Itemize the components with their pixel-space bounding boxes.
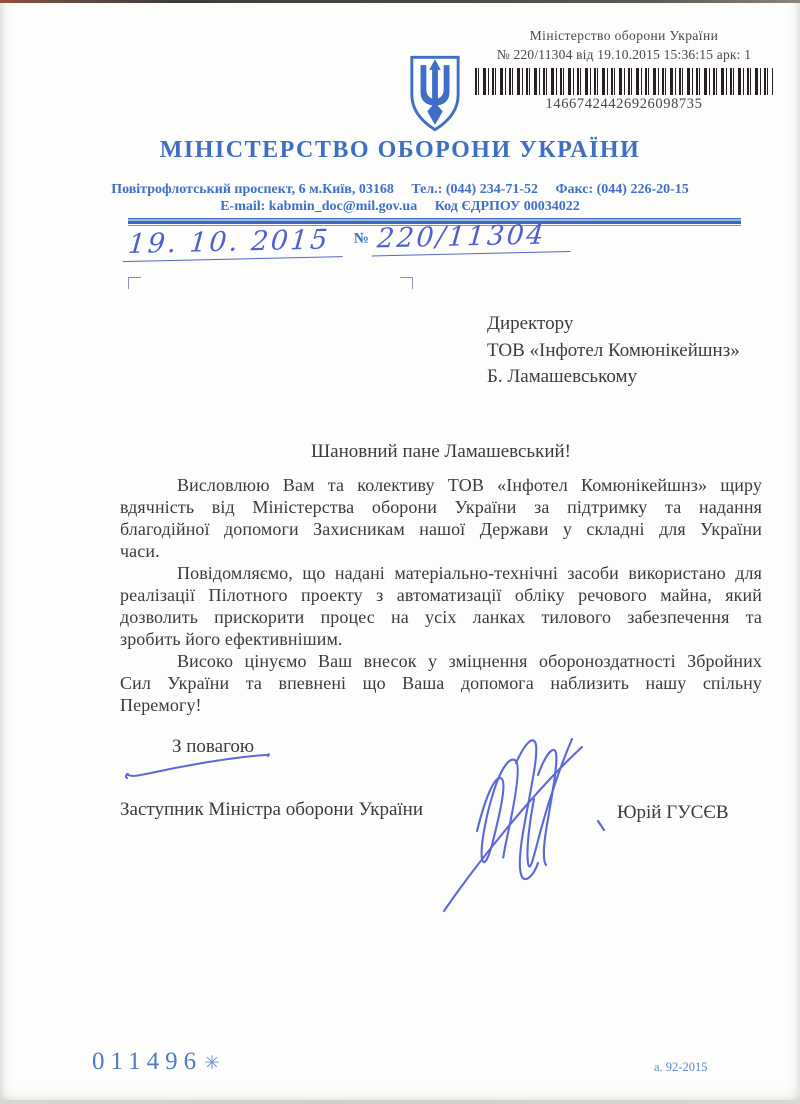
barcode xyxy=(475,68,773,95)
pen-underline-stroke xyxy=(122,747,274,786)
letterhead-address-line: Повітрофлотський проспект, 6 м.Київ, 031… xyxy=(0,181,800,198)
scan-edge-bottom xyxy=(0,1100,800,1104)
reference-date-handwritten: 19. 10. 2015 xyxy=(123,224,345,262)
recipient-line: ТОВ «Інфотел Комюнікейшнз» xyxy=(487,338,740,365)
scanned-letter-page: Міністерство оборони України № 220/11304… xyxy=(0,0,800,1104)
body-line: часи. xyxy=(120,540,762,562)
salutation: Шановний пане Ламашевський! xyxy=(120,441,762,463)
paragraph-1: Висловлюю Вам та колективу ТОВ «Інфотел … xyxy=(120,474,762,562)
reference-number-handwritten: 220/11304 xyxy=(371,219,573,257)
letterhead-title: МІНІСТЕРСТВО ОБОРОНИ УКРАЇНИ xyxy=(0,137,800,164)
signer-position: Заступник Міністра оборони України xyxy=(120,799,423,821)
crop-mark-right xyxy=(400,277,413,289)
body-line: Повідомляємо, що надані матеріально-техн… xyxy=(120,562,762,584)
recipient-line: Директору xyxy=(487,311,740,338)
letter-body: Висловлюю Вам та колективу ТОВ «Інфотел … xyxy=(120,474,762,716)
recipient-block: Директору ТОВ «Інфотел Комюнікейшнз» Б. … xyxy=(487,311,740,391)
stamp-number-line: № 220/11304 від 19.10.2015 15:36:15 арк:… xyxy=(452,47,796,63)
scan-edge-top xyxy=(0,0,800,3)
body-line: зробить його ефективнішим. xyxy=(120,628,762,650)
edrpou-text: Код ЄДРПОУ 00034022 xyxy=(435,199,580,214)
letterhead-email-line: E-mail: kabmin_doc@mil.gov.ua Код ЄДРПОУ… xyxy=(0,198,800,215)
phone-text: Тел.: (044) 234-71-52 xyxy=(411,182,538,197)
body-line: реалізації Пілотного проекту з автоматиз… xyxy=(120,584,762,606)
stamp-org-line: Міністерство оборони України xyxy=(452,28,796,44)
form-blank-number: 011496 xyxy=(92,1048,202,1076)
paragraph-2: Повідомляємо, що надані матеріально-техн… xyxy=(120,562,762,650)
crop-mark-left xyxy=(128,277,141,289)
body-line: Висловлюю Вам та колективу ТОВ «Інфотел … xyxy=(120,474,762,496)
email-text: E-mail: kabmin_doc@mil.gov.ua xyxy=(220,199,417,214)
body-line: дозволить прискорити процес на усіх ланк… xyxy=(120,606,762,628)
reference-number-sign: № xyxy=(354,231,369,247)
body-line: благодійної допомоги Захисникам нашої Де… xyxy=(120,518,762,540)
signature-scribble xyxy=(428,733,613,928)
print-shop-code: а. 92-2015 xyxy=(654,1060,707,1075)
fax-text: Факс: (044) 226-20-15 xyxy=(556,182,689,197)
body-line: Високо цінуємо Ваш внесок у зміцнення об… xyxy=(120,650,762,672)
letterhead-contact-block: Повітрофлотський проспект, 6 м.Київ, 031… xyxy=(0,181,800,215)
paragraph-3: Високо цінуємо Ваш внесок у зміцнення об… xyxy=(120,650,762,716)
ukraine-trident-emblem-icon xyxy=(408,54,462,139)
body-line: Перемогу! xyxy=(120,694,762,716)
body-line: вдячність від Міністерства оборони Украї… xyxy=(120,496,762,518)
barcode-value: 14667424426926098735 xyxy=(452,96,796,113)
registration-stamp: Міністерство оборони України № 220/11304… xyxy=(452,28,796,113)
signer-name: Юрій ГУСЄВ xyxy=(617,802,729,824)
address-text: Повітрофлотський проспект, 6 м.Київ, 031… xyxy=(111,182,394,197)
recipient-line: Б. Ламашевському xyxy=(487,364,740,391)
body-line: Сил України та впевнені що Ваша допомога… xyxy=(120,672,762,694)
asterisk-stamp-icon: ✳ xyxy=(204,1052,220,1074)
